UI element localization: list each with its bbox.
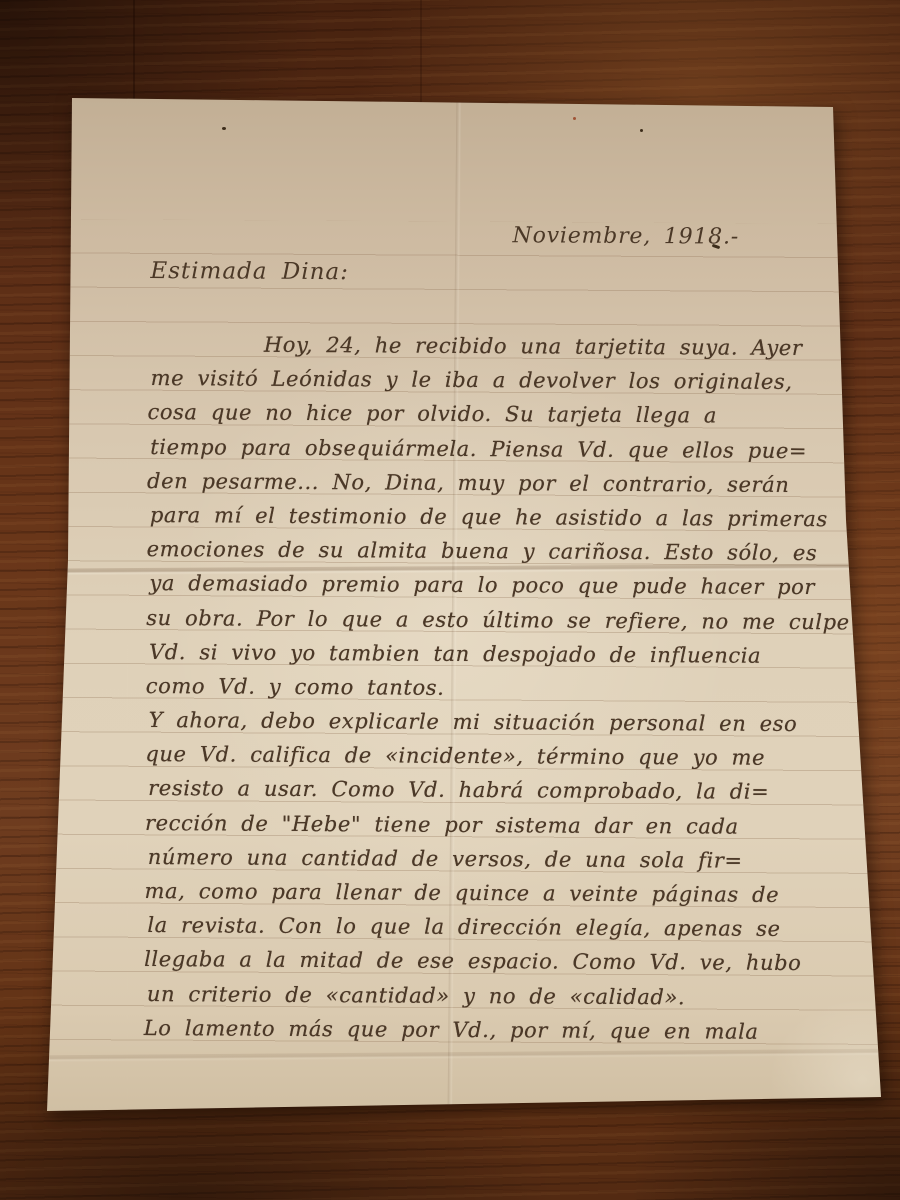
- letter-line: Vd. si vivo yo tambien tan despojado de …: [149, 635, 850, 673]
- letter-line: la revista. Con lo que la dirección eleg…: [147, 908, 848, 946]
- letter-line: den pesarme... No, Dina, muy por el cont…: [147, 464, 851, 502]
- letter-body: Hoy, 24, he recibido una tarjetita suya.…: [144, 327, 852, 1049]
- handwritten-text: Noviembre, 1918.- Estimada Dina: Hoy, 24…: [0, 0, 900, 1200]
- letter-line: llegaba a la mitad de ese espacio. Como …: [144, 942, 848, 980]
- letter-line: rección de "Hebe" tiene por sistema dar …: [145, 806, 849, 844]
- letter-line: me visitó Leónidas y le iba a devolver l…: [151, 361, 852, 399]
- letter-paper: Noviembre, 1918.- Estimada Dina: Hoy, 24…: [0, 0, 900, 1200]
- letter-line: tiempo para obsequiármela. Piensa Vd. qu…: [150, 430, 851, 468]
- letter-line: un criterio de «cantidad» y no de «calid…: [147, 977, 848, 1015]
- letter-line: que Vd. califica de «incidente», término…: [145, 737, 849, 775]
- letter-line: como Vd. y como tantos.: [146, 669, 850, 707]
- letter-line: número una cantidad de versos, de una so…: [148, 840, 849, 878]
- letter-line: para mí el testimonio de que he asistido…: [150, 498, 851, 536]
- letter-line: cosa que no hice por olvido. Su tarjeta …: [147, 395, 851, 433]
- letter-line: ya demasiado premio para lo poco que pud…: [149, 566, 850, 604]
- letter-line: resisto a usar. Como Vd. habrá comprobad…: [148, 771, 849, 809]
- letter-paper-wrapper: Noviembre, 1918.- Estimada Dina: Hoy, 24…: [0, 0, 900, 1200]
- photo-scene: Noviembre, 1918.- Estimada Dina: Hoy, 24…: [0, 0, 900, 1200]
- letter-line: su obra. Por lo que a esto último se ref…: [146, 600, 850, 638]
- letter-line: Lo lamento más que por Vd., por mí, que …: [144, 1011, 848, 1049]
- letter-line: Y ahora, debo explicarle mi situación pe…: [149, 703, 850, 741]
- letter-line: Hoy, 24, he recibido una tarjetita suya.…: [148, 327, 852, 365]
- letter-date: Noviembre, 1918.-: [513, 223, 740, 249]
- letter-line: ma, como para llenar de quince a veinte …: [144, 874, 848, 912]
- letter-salutation: Estimada Dina:: [150, 258, 349, 285]
- letter-line: emociones de su almita buena y cariñosa.…: [147, 532, 851, 570]
